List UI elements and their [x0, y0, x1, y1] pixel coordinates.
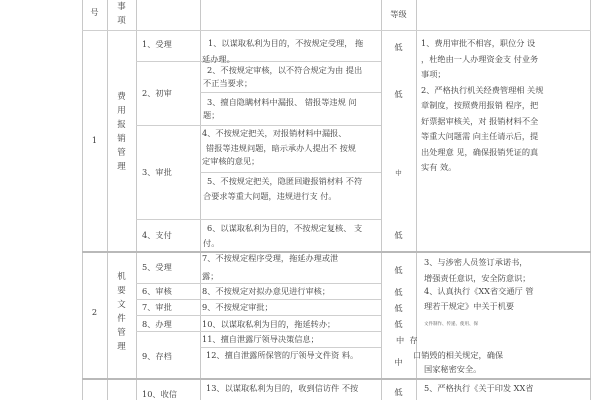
risk-line: 付。 — [203, 237, 381, 250]
step-5: 5、受理 — [142, 261, 172, 274]
level-7: 低 — [381, 302, 416, 315]
risk-12: 12、擅自泄露所保管的厅领导文件资 料。 — [206, 349, 358, 362]
step-8: 8、办理 — [142, 318, 172, 331]
group2-bottom-line — [82, 378, 591, 380]
risk-line: 1、以谋取私利为目的，不按规定受理， 拖 — [203, 37, 381, 50]
row-line-s6 — [136, 299, 381, 300]
header-item-char: 事 — [107, 0, 136, 14]
item-char: 理 — [107, 340, 136, 354]
step-2: 2、初审 — [142, 87, 172, 100]
level-11: 低 — [381, 386, 416, 399]
measure-line: 理若干规定》中关于机要 — [424, 300, 589, 313]
risk-4: 4、不按规定把关，对报销材料中漏报、 错报等违规问题，暗示承办人提出不 按规 定… — [202, 127, 381, 168]
risk-13: 13、以谋取私利为目的，收到信访件 不按 — [206, 382, 358, 395]
risk-6: 6、以谋取私利为目的，不按规定复核、 支 付。 — [203, 222, 381, 250]
measure-line: 3、与涉密人员签订承诺书， — [424, 256, 589, 269]
measure-line-small: 文件制作、传递、使用、保 — [424, 322, 589, 328]
measure-line: ，杜绝由一人办理资金支 付业务 — [421, 52, 589, 68]
risk-line: 错报等违规问题，暗示承办人提出不 按规 — [202, 142, 381, 155]
group2-number: 2 — [82, 306, 107, 319]
row-line-r2 — [200, 92, 381, 93]
risk-line: 合要求等重大问题，违规进行支 付。 — [203, 190, 381, 203]
col-divider-2 — [136, 0, 137, 400]
item-char: 报 — [107, 118, 136, 132]
level-5: 低 — [381, 264, 416, 277]
row-line-s3 — [136, 219, 381, 220]
risk-line: 定审核的意见； — [202, 155, 381, 168]
level-3: 中 — [381, 167, 416, 180]
item-char: 管 — [107, 146, 136, 160]
header-level: 等级 — [381, 8, 416, 21]
measure-line: 实有 效。 — [421, 160, 589, 176]
group1-measures: 1、费用审批不相容，职位分 设 ，杜绝由一人办理资金支 付业务 事项； 2、严格… — [421, 36, 589, 176]
measure-line: 4、认真执行《XX省交通厅 管 — [424, 285, 589, 298]
header-item-char: 项 — [107, 14, 136, 28]
item-char: 管 — [107, 326, 136, 340]
row-line-s7 — [136, 315, 381, 316]
step-6: 6、审核 — [142, 285, 172, 298]
risk-5: 5、不按规定把关，隐匿回避报销材料 不符 合要求等重大问题，违规进行支 付。 — [203, 175, 381, 203]
group1-item: 费 用 报 销 管 理 — [107, 90, 136, 174]
item-char: 销 — [107, 132, 136, 146]
row-line-r4 — [200, 172, 381, 173]
row-line-s8 — [136, 331, 381, 332]
level-4: 低 — [381, 229, 416, 242]
risk-3: 3、擅自隐瞒材料中漏报、 错报等违规 问 题； — [203, 96, 381, 122]
risk-line: 3、擅自隐瞒材料中漏报、 错报等违规 问 — [203, 96, 381, 109]
step-4: 4、支付 — [142, 229, 172, 242]
risk-line: 露； — [202, 270, 381, 283]
step-10: 10、收信 — [142, 388, 177, 400]
measure-line: 国家秘密安全。 — [424, 363, 481, 376]
document-page: 号 事 项 等级 1 费 用 报 销 管 理 1、受理 2、初审 3、审批 4、… — [0, 0, 600, 400]
level-1: 低 — [381, 41, 416, 54]
risk-line: 7、不按规定程序受理，拖延办理或泄 — [202, 252, 381, 265]
header-number: 号 — [82, 6, 107, 19]
level-6: 低 — [381, 286, 416, 299]
measure-line: 增强责任意识，安全防意识； — [424, 272, 589, 285]
row-line-s5 — [136, 283, 381, 284]
risk-7: 7、不按规定程序受理，拖延办理或泄 露； — [202, 252, 381, 283]
risk-line: 5、不按规定把关，隐匿回避报销材料 不符 — [203, 175, 381, 188]
group1-number: 1 — [82, 134, 107, 147]
measure-line: 等重大问题需 向主任请示后，提 — [421, 129, 589, 145]
step-3: 3、审批 — [142, 166, 172, 179]
step-9: 9、存档 — [142, 350, 172, 363]
measure-line: 出处理意 见，确保报销凭证的真 — [421, 145, 589, 161]
header-bottom-line — [82, 30, 591, 31]
item-char: 理 — [107, 160, 136, 174]
risk-8: 8、不按规定对拟办意见进行审核； — [202, 285, 330, 298]
measure-line: 口销毁的相关规定，确保 — [413, 349, 503, 362]
level-2: 低 — [381, 88, 416, 101]
measure-line: 事项； — [421, 67, 589, 83]
level-8: 低 — [381, 318, 416, 331]
measure-line: 好票据审核关，对 报销材料不全 — [421, 114, 589, 130]
header-item: 事 项 — [107, 0, 136, 28]
risk-line: 4、不按规定把关，对报销材料中漏报、 — [202, 127, 381, 140]
measure-line: 5、严格执行《关于印发 XX省 — [424, 382, 534, 395]
table-border-left — [82, 0, 83, 400]
risk-11: 11、擅自泄露厅领导决策信息； — [202, 333, 319, 346]
risk-line: 题； — [203, 109, 381, 122]
col-divider-3 — [200, 0, 201, 400]
row-line-s2 — [136, 125, 381, 126]
risk-9: 9、不按规定审批； — [202, 301, 273, 314]
risk-line: 不正当要求； — [203, 77, 381, 90]
step-7: 7、审批 — [142, 301, 172, 314]
level-9: 中 存 — [396, 334, 418, 347]
group2-measures: 3、与涉密人员签订承诺书， 增强责任意识，安全防意识； 4、认真执行《XX省交通… — [424, 256, 589, 328]
col-divider-4 — [381, 0, 382, 400]
table-border-right — [590, 0, 591, 400]
item-char: 费 — [107, 90, 136, 104]
item-char: 要 — [107, 284, 136, 298]
measure-line: 2、严格执行机关经费管理相 关规 — [421, 83, 589, 99]
row-line-s1 — [136, 61, 381, 62]
item-char: 用 — [107, 104, 136, 118]
measure-line: 章制度，按照费用报销 程序，把 — [421, 98, 589, 114]
item-char: 机 — [107, 270, 136, 284]
risk-line: 6、以谋取私利为目的，不按规定复核、 支 — [203, 222, 381, 235]
row-line-r11 — [200, 347, 381, 348]
step-1: 1、受理 — [142, 38, 172, 51]
risk-1: 1、以谋取私利为目的，不按规定受理， 拖 — [203, 37, 381, 50]
item-char: 件 — [107, 312, 136, 326]
level-10: 中 — [381, 356, 416, 369]
risk-10: 10、以谋取私利为目的，拖延转办； — [202, 318, 335, 331]
group2-item: 机 要 文 件 管 理 — [107, 270, 136, 354]
measure-line: 1、费用审批不相容，职位分 设 — [421, 36, 589, 52]
item-char: 文 — [107, 298, 136, 312]
risk-line: 2、不按规定审核，以不符合规定为由 提出 — [203, 64, 381, 77]
risk-2: 2、不按规定审核，以不符合规定为由 提出 不正当要求； — [203, 64, 381, 90]
